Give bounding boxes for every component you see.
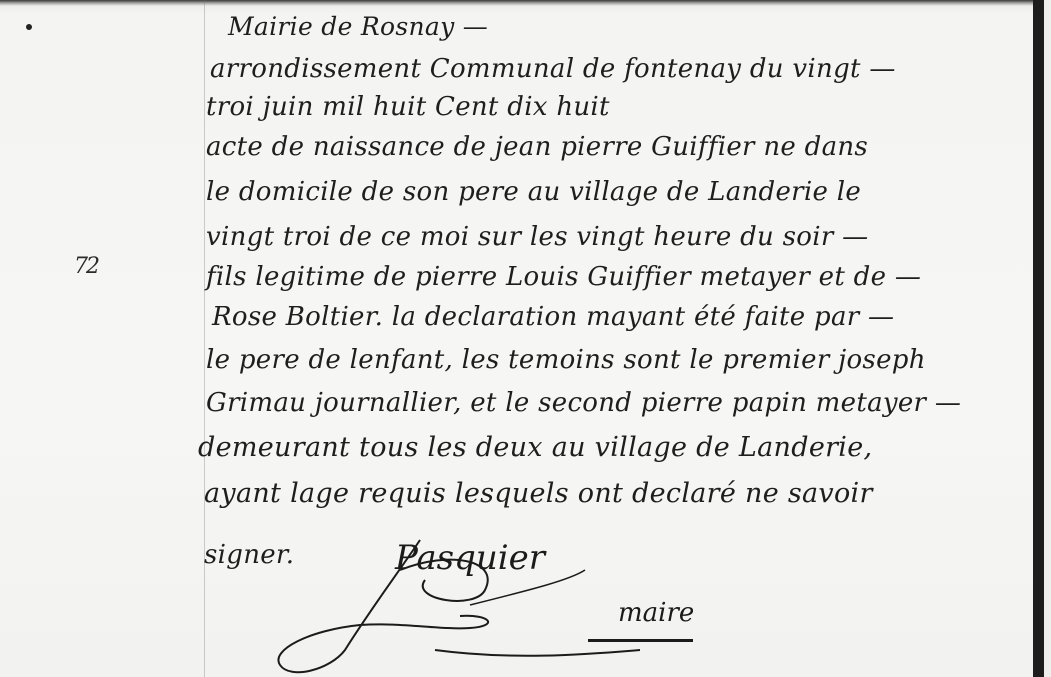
record-line-11: demeurant tous les deux au village de La… — [198, 432, 872, 463]
page-edge — [1044, 0, 1051, 677]
record-line-2: arrondissement Communal de fontenay du v… — [210, 54, 896, 84]
ink-dot — [26, 24, 32, 30]
record-line-6: vingt troi de ce moi sur les vingt heure… — [206, 222, 868, 252]
record-line-7: fils legitime de pierre Louis Guiffier m… — [206, 262, 921, 292]
record-line-9: le pere de lenfant, les temoins sont le … — [206, 345, 926, 375]
signature-title: maire — [618, 598, 694, 628]
record-line-10: Grimau journallier, et le second pierre … — [206, 388, 961, 418]
scanned-register-page: 72 Mairie de Rosnay — arrondissement Com… — [0, 0, 1051, 677]
record-line-3: troi juin mil huit Cent dix huit — [206, 92, 610, 122]
scan-top-shadow — [0, 0, 1051, 6]
page-binding-border — [1033, 0, 1044, 677]
record-line-4: acte de naissance de jean pierre Guiffie… — [206, 132, 868, 162]
signature-underline — [588, 639, 693, 642]
mayor-signature: Pasquier — [395, 538, 545, 578]
margin-rule — [204, 0, 205, 677]
entry-number: 72 — [74, 254, 98, 279]
record-line-8: Rose Boltier. la declaration mayant été … — [212, 302, 894, 332]
record-line-12: ayant lage requis lesquels ont declaré n… — [204, 478, 873, 509]
record-line-5: le domicile de son pere au village de La… — [206, 177, 861, 207]
record-line-1: Mairie de Rosnay — — [228, 12, 488, 41]
